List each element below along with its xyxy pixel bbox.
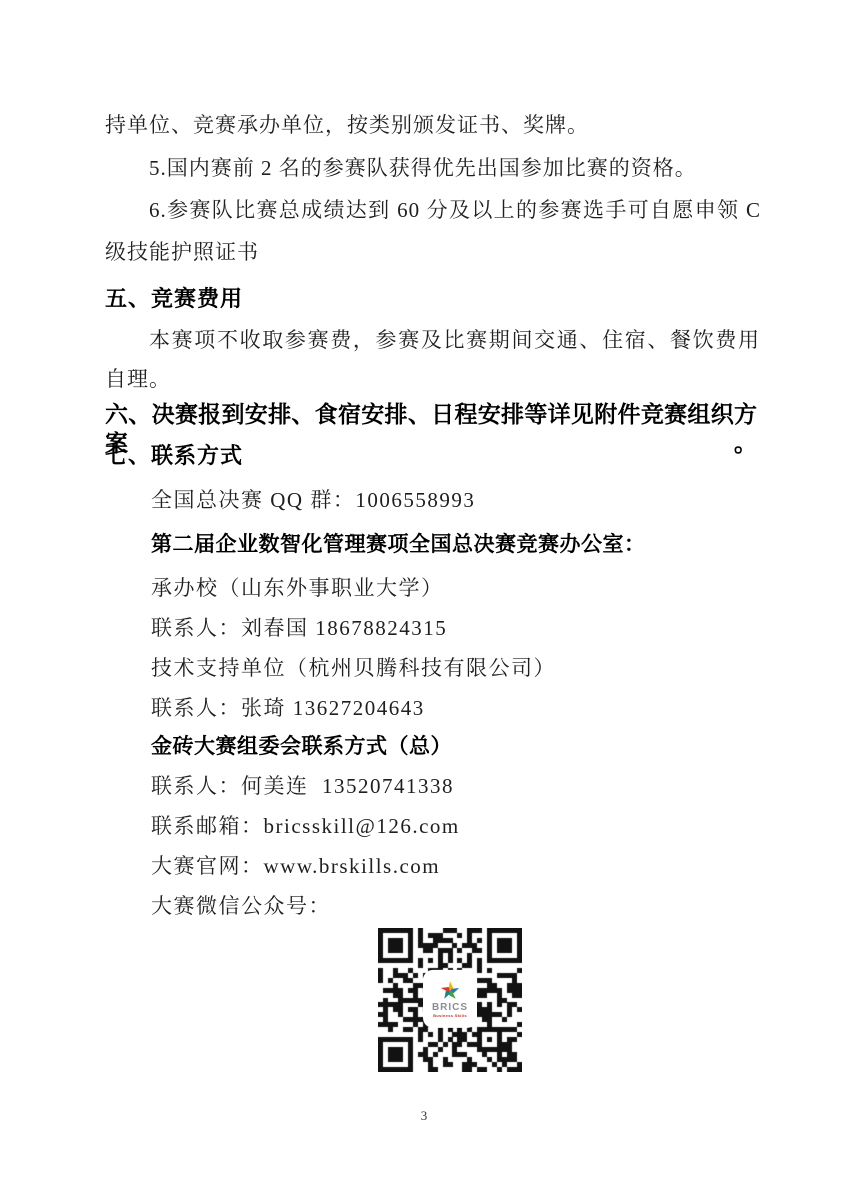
contact-person-liu-line: 联系人：刘春国 18678824315: [151, 615, 447, 641]
brics-logo-badge: BRICS Business Skills: [425, 972, 475, 1026]
contact-person-zhang-line: 联系人：张琦 13627204643: [151, 695, 425, 721]
official-website-line: 大赛官网：www.brskills.com: [151, 853, 440, 879]
fees-paragraph-continuation: 自理。: [105, 366, 305, 392]
brics-logo-text: BRICS: [432, 1003, 468, 1013]
list-item-5: 5.国内赛前 2 名的参赛队获得优先出国参加比赛的资格。: [149, 155, 709, 181]
contact-email-line: 联系邮箱：bricsskill@126.com: [151, 813, 460, 839]
wechat-account-line: 大赛微信公众号：: [151, 893, 331, 919]
page-number: 3: [421, 1108, 428, 1124]
brics-star-icon: [439, 980, 461, 1002]
contact-person-he-line: 联系人：何美连 13520741338: [151, 773, 454, 799]
list-item-6-continuation: 级技能护照证书: [105, 239, 505, 265]
list-item-6: 6.参赛队比赛总成绩达到 60 分及以上的参赛选手可自愿申领 C: [149, 197, 761, 223]
wechat-qr-code: BRICS Business Skills: [378, 928, 522, 1072]
brics-logo-subtext: Business Skills: [433, 1014, 467, 1018]
paragraph-continuation: 持单位、竞赛承办单位，按类别颁发证书、奖牌。: [105, 112, 605, 138]
document-page: 持单位、竞赛承办单位，按类别颁发证书、奖牌。 5.国内赛前 2 名的参赛队获得优…: [0, 0, 848, 1200]
qq-group-line: 全国总决赛 QQ 群：1006558993: [151, 487, 475, 513]
fees-paragraph: 本赛项不收取参赛费，参赛及比赛期间交通、住宿、餐饮费用: [149, 327, 760, 353]
tech-support-line: 技术支持单位（杭州贝腾科技有限公司）: [151, 655, 556, 681]
section-heading-5-fees: 五、竞赛费用: [105, 285, 243, 313]
section-heading-7-contact: 七、联系方式: [105, 442, 243, 470]
host-school-line: 承办校（山东外事职业大学）: [151, 575, 444, 601]
brics-committee-heading: 金砖大赛组委会联系方式（总）: [151, 733, 452, 759]
finals-office-heading: 第二届企业数智化管理赛项全国总决赛竞赛办公室：: [151, 531, 646, 557]
